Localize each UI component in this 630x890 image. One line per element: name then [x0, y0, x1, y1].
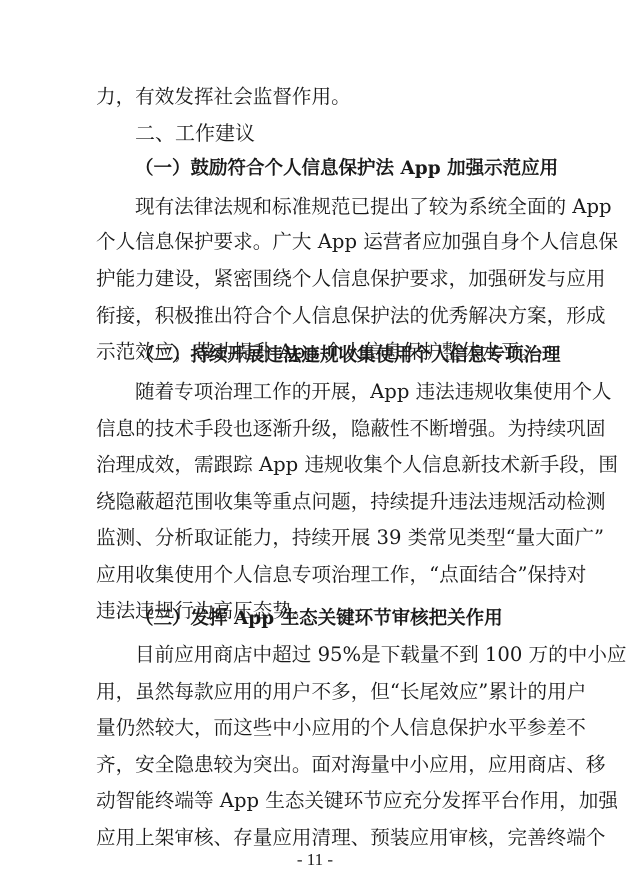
paragraph-line: 目前应用商店中超过 95%是下载量不到 100 万的中小应 [135, 641, 533, 669]
paragraph-line: 监测、分析取证能力，持续开展 39 类常见类型“量大面广” [96, 524, 533, 552]
paragraph-line: 个人信息保护要求。广大 App 运营者应加强自身个人信息保 [96, 228, 533, 256]
paragraph-line: 应用收集使用个人信息专项治理工作，“点面结合”保持对 [96, 561, 533, 589]
paragraph-line: 信息的技术手段也逐渐升级，隐蔽性不断增强。为持续巩固 [96, 415, 533, 443]
paragraph-line: 用，虽然每款应用的用户不多，但“长尾效应”累计的用户 [96, 678, 533, 706]
page-number: - 11 - [0, 848, 630, 872]
subsection-heading-1: （一）鼓励符合个人信息保护法 App 加强示范应用 [135, 155, 558, 183]
paragraph-line: 治理成效，需跟踪 App 违规收集个人信息新技术新手段，围 [96, 451, 533, 479]
paragraph-line: 随着专项治理工作的开展，App 违法违规收集使用个人 [135, 378, 533, 406]
paragraph-line: 齐，安全隐患较为突出。面对海量中小应用，应用商店、移 [96, 751, 533, 779]
paragraph-line: 力，有效发挥社会监督作用。 [96, 83, 533, 111]
subsection-heading-2: （二）持续开展违法违规收集使用个人信息专项治理 [135, 342, 561, 370]
paragraph-line: 量仍然较大，而这些中小应用的个人信息保护水平参差不 [96, 714, 533, 742]
paragraph-line: 衔接，积极推出符合个人信息保护法的优秀解决方案，形成 [96, 302, 533, 330]
paragraph-line: 护能力建设，紧密围绕个人信息保护要求，加强研发与应用 [96, 265, 533, 293]
paragraph-line: 现有法律法规和标准规范已提出了较为系统全面的 App [135, 193, 533, 221]
subsection-heading-3: （三）发挥 App 生态关键环节审核把关作用 [135, 605, 503, 633]
section-title: 二、工作建议 [135, 119, 255, 147]
document-page: 力，有效发挥社会监督作用。 二、工作建议 （一）鼓励符合个人信息保护法 App … [0, 0, 630, 890]
paragraph-line: 绕隐蔽超范围收集等重点问题，持续提升违法违规活动检测 [96, 488, 533, 516]
paragraph-line: 动智能终端等 App 生态关键环节应充分发挥平台作用，加强 [96, 787, 533, 815]
